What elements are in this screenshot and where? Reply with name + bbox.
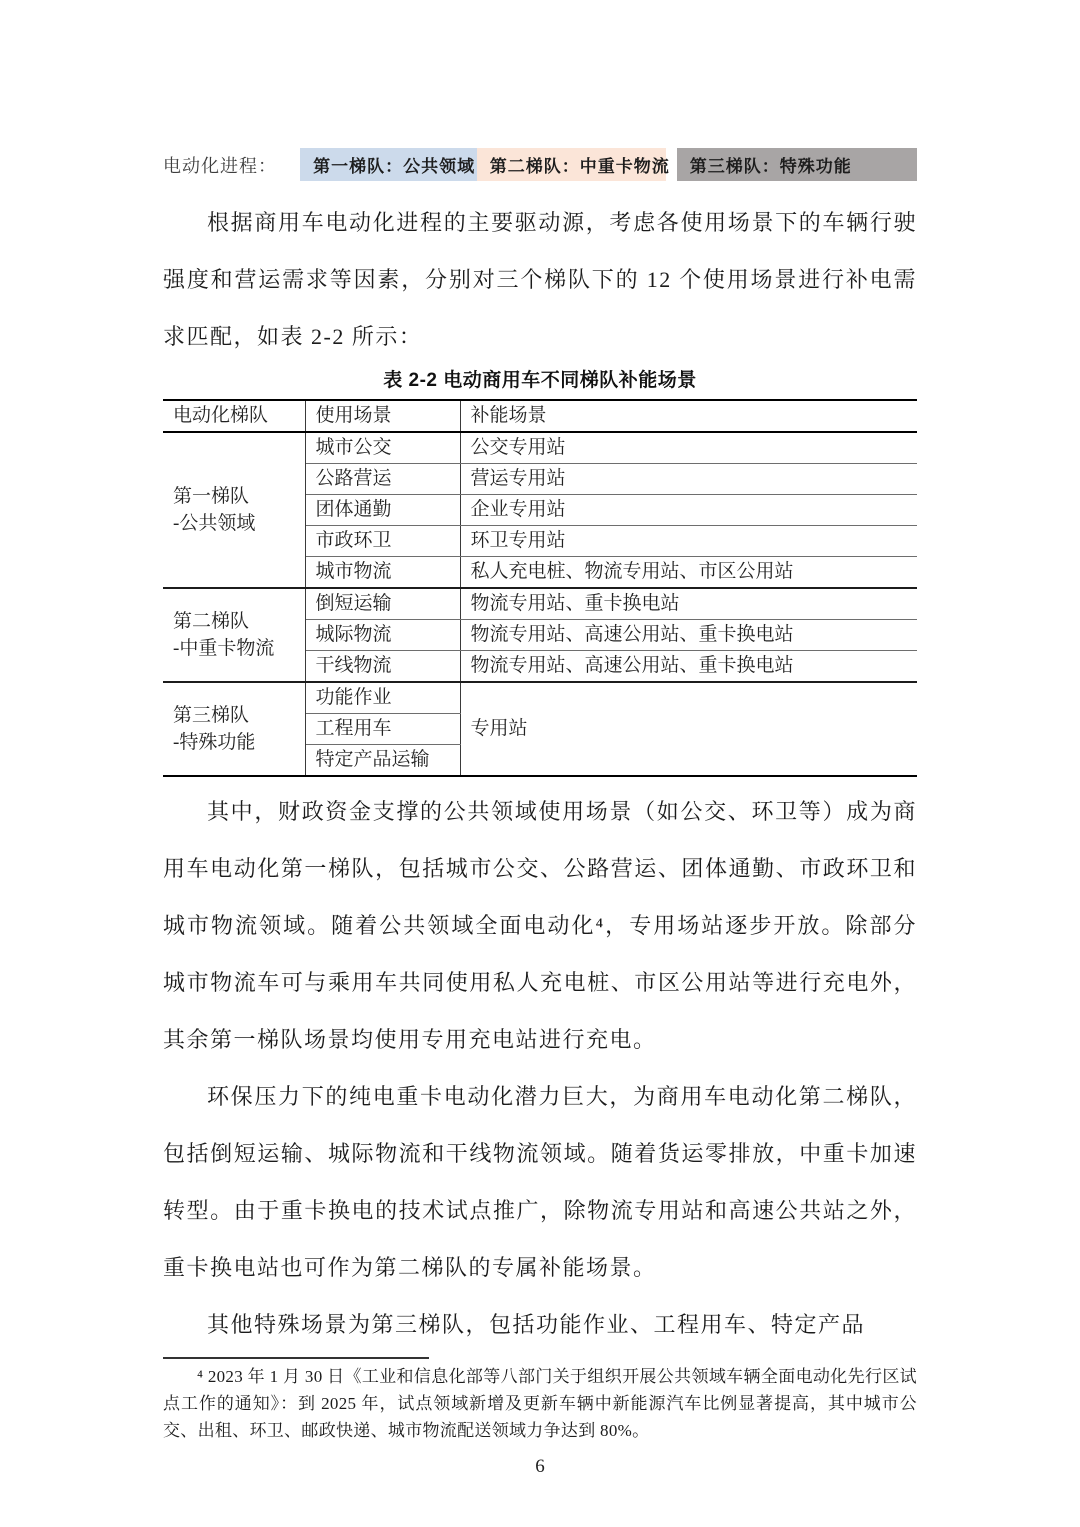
tier-group-2-label: 第二梯队 -中重卡物流: [163, 588, 305, 682]
footnote-text: ⁴ 2023 年 1 月 30 日《工业和信息化部等八部门关于组织开展公共领域车…: [163, 1363, 917, 1444]
footnote-separator: [163, 1357, 429, 1359]
supply-cell: 物流专用站、重卡换电站: [460, 588, 917, 620]
paragraph-tier3: 其他特殊场景为第三梯队，包括功能作业、工程用车、特定产品: [163, 1296, 917, 1353]
paragraph-tier2: 环保压力下的纯电重卡电动化潜力巨大，为商用车电动化第二梯队，包括倒短运输、城际物…: [163, 1068, 917, 1296]
tier-group-3-label: 第三梯队 -特殊功能: [163, 682, 305, 776]
scene-cell: 城市公交: [305, 432, 460, 464]
scene-cell: 特定产品运输: [305, 745, 460, 777]
supply-cell: 公交专用站: [460, 432, 917, 464]
paragraph-intro: 根据商用车电动化进程的主要驱动源，考虑各使用场景下的车辆行驶强度和营运需求等因素…: [163, 194, 917, 365]
tier-chip-special-function: 第三梯队：特殊功能: [677, 148, 917, 181]
supply-cell-merged: 专用站: [460, 682, 917, 776]
scene-cell: 城际物流: [305, 620, 460, 651]
scene-cell: 倒短运输: [305, 588, 460, 620]
scene-cell: 公路营运: [305, 464, 460, 495]
progress-bar-label: 电动化进程：: [163, 152, 300, 178]
table-row: 第一梯队 -公共领域 城市公交 公交专用站: [163, 432, 917, 464]
supply-cell: 物流专用站、高速公用站、重卡换电站: [460, 651, 917, 683]
table-header-row: 电动化梯队 使用场景 补能场景: [163, 400, 917, 432]
tier-chip-heavy-truck-logistics: 第二梯队：中重卡物流: [477, 148, 666, 181]
supply-cell: 物流专用站、高速公用站、重卡换电站: [460, 620, 917, 651]
table-title: 表 2-2 电动商用车不同梯队补能场景: [163, 368, 917, 394]
scene-cell: 干线物流: [305, 651, 460, 683]
tier-scenario-table: 电动化梯队 使用场景 补能场景 第一梯队 -公共领域 城市公交 公交专用站 公路…: [163, 399, 917, 777]
supply-cell: 私人充电桩、物流专用站、市区公用站: [460, 557, 917, 589]
tier-group-1-label: 第一梯队 -公共领域: [163, 432, 305, 588]
scene-cell: 工程用车: [305, 714, 460, 745]
scene-cell: 城市物流: [305, 557, 460, 589]
scene-cell: 功能作业: [305, 682, 460, 714]
paragraph-tier1: 其中，财政资金支撑的公共领域使用场景（如公交、环卫等）成为商用车电动化第一梯队，…: [163, 783, 917, 1068]
tier-chip-public-domain: 第一梯队：公共领域: [300, 148, 477, 181]
scene-cell: 团体通勤: [305, 495, 460, 526]
table-row: 第二梯队 -中重卡物流 倒短运输 物流专用站、重卡换电站: [163, 588, 917, 620]
table-row: 第三梯队 -特殊功能 功能作业 专用站: [163, 682, 917, 714]
scene-cell: 市政环卫: [305, 526, 460, 557]
col-header-tier: 电动化梯队: [163, 400, 305, 432]
electrification-progress-bar: 电动化进程： 第一梯队：公共领域 第二梯队：中重卡物流 第三梯队：特殊功能: [163, 148, 917, 181]
col-header-scene: 使用场景: [305, 400, 460, 432]
col-header-supply: 补能场景: [460, 400, 917, 432]
page-number: 6: [163, 1456, 917, 1478]
supply-cell: 营运专用站: [460, 464, 917, 495]
document-page: 电动化进程： 第一梯队：公共领域 第二梯队：中重卡物流 第三梯队：特殊功能 根据…: [0, 0, 1080, 1527]
supply-cell: 企业专用站: [460, 495, 917, 526]
supply-cell: 环卫专用站: [460, 526, 917, 557]
